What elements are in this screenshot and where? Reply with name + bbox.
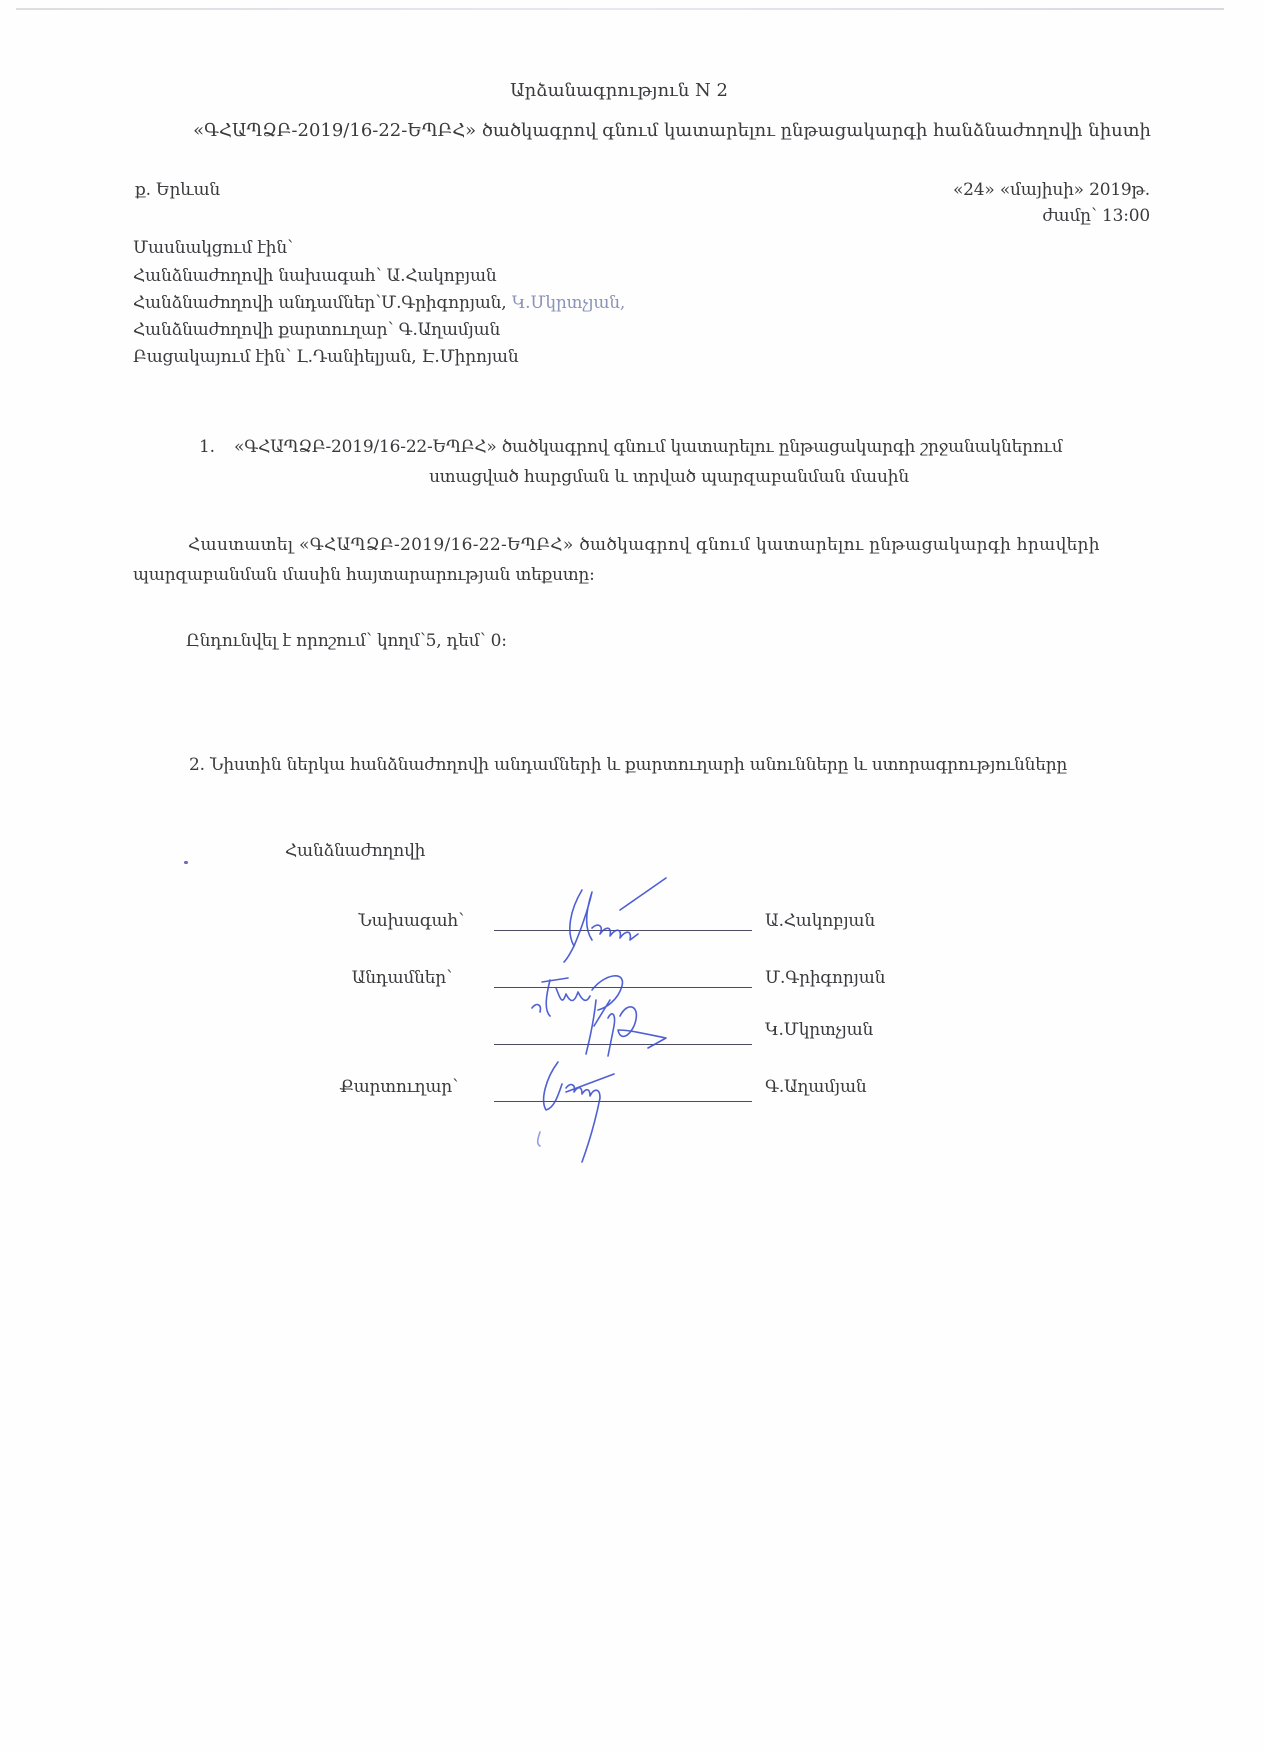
item-1-body-line2: պարզաբանման մասին հայտարարության տեքստը:	[133, 565, 595, 585]
attendance-members-line: Հանձնաժողովի անդամներ՝Մ.Գրիգորյան, Կ.Մկր…	[133, 293, 625, 313]
signature-name-member-1: Մ.Գրիգորյան	[765, 968, 885, 988]
attendance-heading: Մասնակցում էին՝	[133, 238, 293, 258]
meeting-time: ժամը՝ 13:00	[1042, 206, 1150, 226]
item-1-heading-line1-wrap: 1. «ԳՀԱՊՁԲ-2019/16-22-ԵՊԲՀ» ծածկագրով գն…	[199, 437, 1062, 457]
signature-role-secretary: Քարտուղար՝	[339, 1077, 458, 1097]
ink-speck	[184, 861, 188, 864]
scan-edge-artifact	[16, 8, 1224, 10]
agenda-item-2-heading: 2. Նիստին ներկա հանձնաժողովի անդամների և…	[189, 755, 1067, 775]
signature-heading: Հանձնաժողովի	[285, 841, 425, 861]
signature-role-chair: Նախագահ՝	[358, 911, 464, 931]
city-label: ք. Երևան	[135, 180, 220, 200]
item-1-heading-line1: «ԳՀԱՊՁԲ-2019/16-22-ԵՊԲՀ» ծածկագրով գնում…	[234, 437, 1062, 457]
document-subtitle: «ԳՀԱՊՁԲ-2019/16-22-ԵՊԲՀ» ծածկագրով գնում…	[193, 120, 1151, 141]
meeting-date: «24» «մայիսի» 2019թ.	[953, 180, 1150, 200]
signature-name-member-2: Կ.Մկրտչյան	[765, 1020, 873, 1040]
signature-role-members: Անդամներ՝	[352, 968, 452, 988]
attendance-secretary: Հանձնաժողովի քարտուղար՝ Գ.Աղամյան	[133, 320, 500, 340]
attendance-members: Հանձնաժողովի անդամներ՝Մ.Գրիգորյան,	[133, 293, 506, 313]
signature-name-secretary: Գ.Աղամյան	[765, 1077, 867, 1097]
scanned-document-page: Արձանագրություն N 2 «ԳՀԱՊՁԲ-2019/16-22-Ե…	[0, 0, 1264, 1752]
item-1-heading-line2: ստացված հարցման և տրված պարզաբանման մասի…	[429, 467, 909, 487]
handwritten-signatures-icon	[470, 870, 780, 1170]
item-1-body-line1: Հաստատել «ԳՀԱՊՁԲ-2019/16-22-ԵՊԲՀ» ծածկագ…	[188, 535, 1100, 555]
document-title: Արձանագրություն N 2	[510, 80, 728, 101]
attendance-chair: Հանձնաժողովի նախագահ՝ Ա.Հակոբյան	[133, 266, 496, 286]
signature-name-chair: Ա.Հակոբյան	[765, 911, 875, 931]
attendance-absent: Բացակայում էին՝ Լ.Դանիելյան, Է.Միրոյան	[133, 347, 518, 367]
attendance-members-extra: Կ.Մկրտչյան,	[512, 293, 625, 313]
item-1-number: 1.	[199, 437, 215, 457]
item-1-decision: Ընդունվել է որոշում՝ կողմ՝5, դեմ՝ 0:	[186, 631, 507, 651]
